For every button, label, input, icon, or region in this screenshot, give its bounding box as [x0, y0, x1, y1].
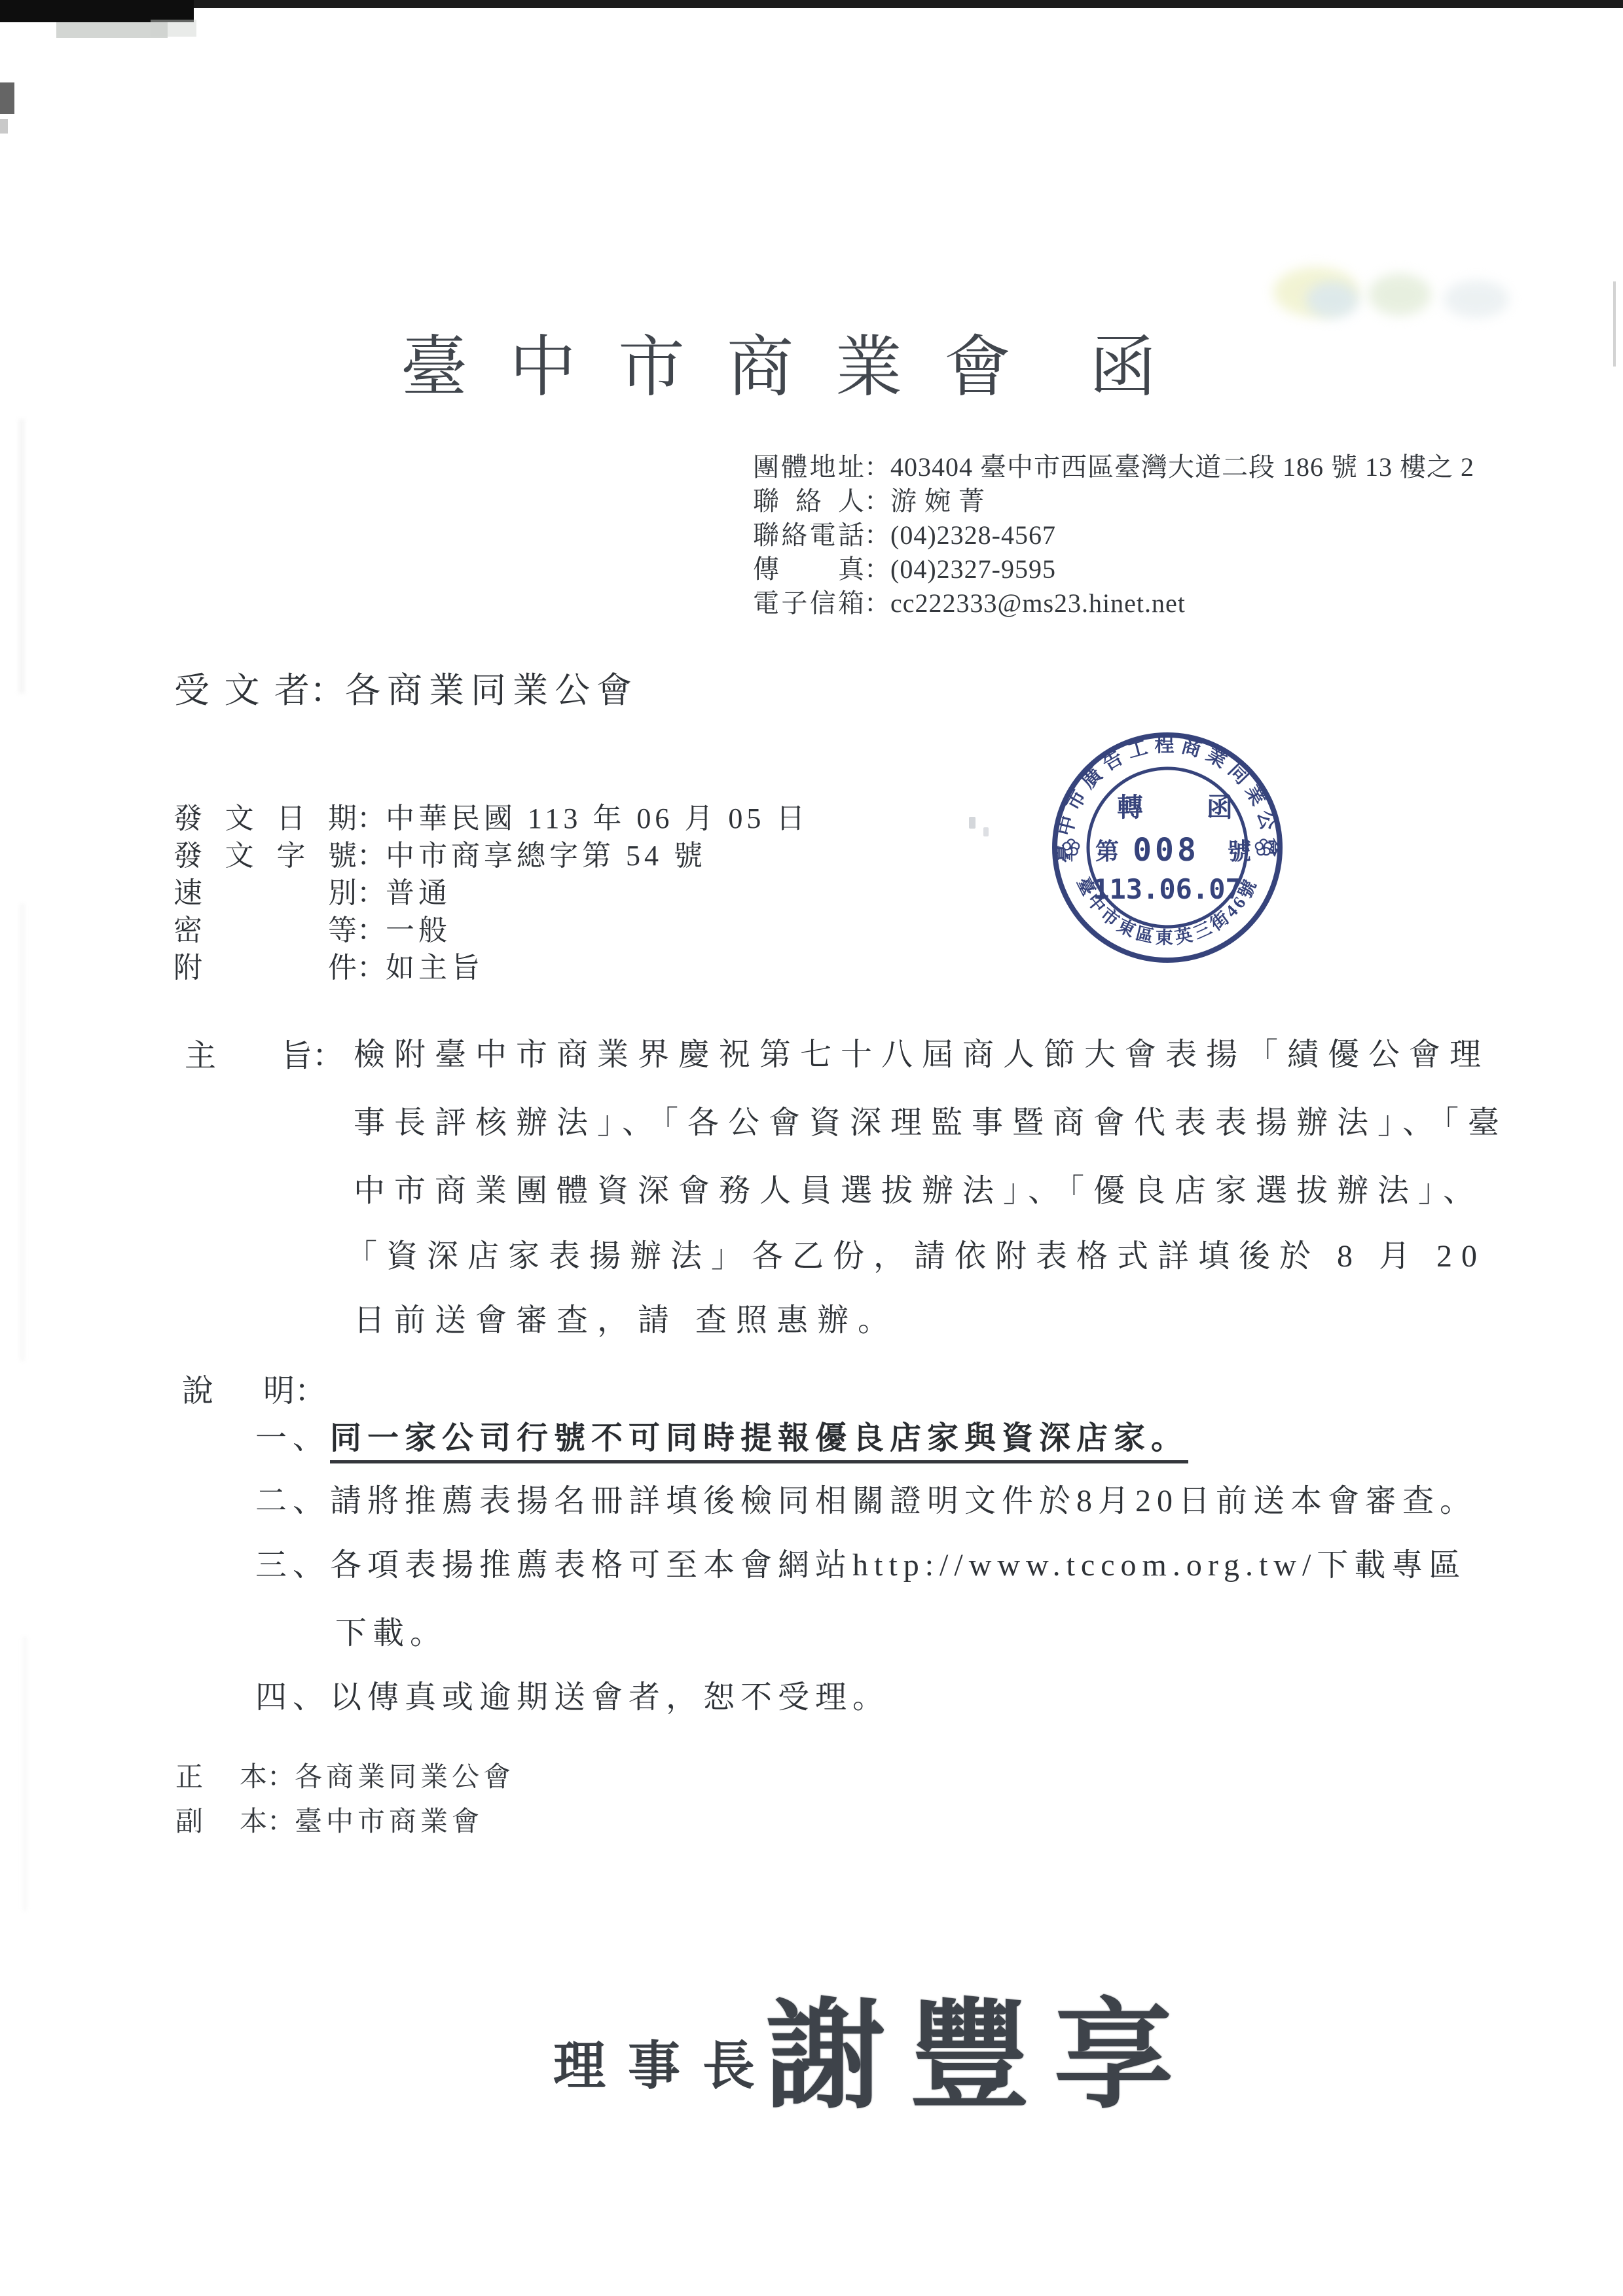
meta-row-secrecy: 密等：一般: [173, 912, 809, 949]
contact-value: cc222333@ms23.hinet.net: [890, 588, 1186, 618]
recipient-line: 受文者：各商業同業公會: [174, 662, 638, 713]
copies-block: 正本：各商業同業公會 副本：臺中市商業會: [175, 1755, 515, 1844]
scan-artifact-right-edge: [1613, 281, 1616, 367]
copy-row-duplicate: 副本：臺中市商業會: [175, 1800, 515, 1844]
scan-smudge-blue: [1306, 281, 1359, 318]
stamp-number: 008: [1133, 832, 1199, 869]
meta-label: 密等: [173, 912, 357, 949]
item-marker: 一、: [255, 1421, 330, 1456]
colon: ：: [864, 588, 890, 618]
colon: ：: [864, 520, 890, 550]
colon: ：: [864, 486, 890, 516]
item-text: 請將推薦表揚名冊詳填後檢同相關證明文件於8月20日前送本會審查。: [330, 1484, 1477, 1518]
copy-row-original: 正本：各商業同業公會: [175, 1755, 515, 1800]
colon: ：: [357, 877, 386, 909]
colon: ：: [357, 802, 386, 834]
item-marker: 四、: [255, 1680, 330, 1715]
colon: ：: [357, 840, 386, 872]
scan-artifact-left-mark: [0, 119, 8, 134]
item-marker: 三、: [255, 1548, 330, 1583]
meta-row-attachment: 附件：如主旨: [173, 949, 809, 986]
colon: ：: [267, 1807, 295, 1837]
meta-value: 如主旨: [386, 952, 484, 984]
subject-line-1: 檢附臺中市商業界慶祝第七十八屆商人節大會表揚「績優公會理: [354, 1029, 1490, 1074]
contact-block: 團體地址：403404 臺中市西區臺灣大道二段 186 號 13 樓之 2 聯絡…: [753, 450, 1474, 620]
scan-speck: [983, 827, 989, 836]
meta-value: 中華民國 113 年 06 月 05 日: [386, 802, 809, 834]
recipient-label: 受文者: [174, 662, 310, 713]
recipient-value: 各商業同業公會: [345, 671, 638, 710]
document-meta-block: 發文日期：中華民國 113 年 06 月 05 日 發文字號：中市商享總字第 5…: [173, 800, 809, 986]
contact-value: 游 婉 菁: [890, 486, 985, 516]
transfer-stamp: 臺中市廣告工程商業同業公會 臺中市東區東英三街46號 轉 函 第 008 號 1…: [1049, 730, 1285, 965]
explanation-label: 說明：: [182, 1365, 326, 1410]
meta-value: 中市商享總字第 54 號: [386, 840, 706, 872]
meta-row-number: 發文字號：中市商享總字第 54 號: [173, 837, 809, 874]
meta-label: 附件: [173, 949, 357, 986]
explanation-item-1: 一、同一家公司行號不可同時提報優良店家與資深店家。: [255, 1412, 1188, 1458]
explanation-item-4: 四、以傳真或逾期送會者，恕不受理。: [255, 1672, 890, 1717]
signature-title: 理事長: [553, 2024, 777, 2099]
contact-row-address: 團體地址：403404 臺中市西區臺灣大道二段 186 號 13 樓之 2: [753, 450, 1474, 484]
colon: ：: [295, 1374, 326, 1408]
stamp-number-prefix: 第: [1095, 838, 1119, 865]
scan-speck: [969, 817, 976, 829]
colon: ：: [357, 914, 386, 946]
meta-row-date: 發文日期：中華民國 113 年 06 月 05 日: [173, 800, 809, 837]
contact-row-phone: 聯絡電話：(04)2328-4567: [753, 518, 1474, 552]
item-text: 各項表揚推薦表格可至本會網站http://www.tccom.org.tw/下載…: [330, 1548, 1466, 1583]
scan-streak: [20, 903, 25, 1361]
explanation-item-2: 二、請將推薦表揚名冊詳填後檢同相關證明文件於8月20日前送本會審查。: [255, 1475, 1477, 1520]
stamp-date: 113.06.07: [1093, 873, 1242, 905]
colon: ：: [267, 1763, 295, 1793]
signature-name: 謝豐享: [766, 1961, 1198, 2132]
title-org-name: 臺中市商業會: [401, 331, 1053, 405]
subject-line-5: 日前送會審查，請 查照惠辦。: [354, 1295, 898, 1340]
item-text: 以傳真或逾期送會者，恕不受理。: [330, 1680, 890, 1715]
colon: ：: [312, 1039, 344, 1073]
stamp-char-transfer: 轉: [1117, 793, 1143, 822]
item-text-emphasized: 同一家公司行號不可同時提報優良店家與資深店家。: [330, 1421, 1188, 1463]
colon: ：: [310, 671, 345, 710]
colon: ：: [357, 952, 386, 984]
scan-smudge-green: [1368, 274, 1431, 315]
subject-line-4: 「資深店家表揚辦法」各乙份，請依附表格式詳填後於 8 月 20: [346, 1230, 1486, 1276]
subject-line-3: 中市商業團體資深會務人員選拔辦法」、「優良店家選拔辦法」、: [354, 1165, 1484, 1210]
contact-label: 傳真: [753, 552, 864, 586]
explanation-label-text: 說明: [182, 1365, 295, 1410]
stamp-char-letter: 函: [1207, 793, 1233, 822]
subject-line-2: 事長評核辦法」、「各公會資深理監事暨商會代表表揚辦法」、「臺: [354, 1097, 1508, 1142]
meta-label: 速別: [173, 874, 357, 912]
explanation-item-3: 三、各項表揚推薦表格可至本會網站http://www.tccom.org.tw/…: [255, 1539, 1466, 1585]
explanation-item-3-continuation: 下載。: [335, 1607, 447, 1653]
meta-row-speed: 速別：普通: [173, 874, 809, 912]
meta-label: 發文日期: [173, 800, 357, 837]
copy-value: 各商業同業公會: [295, 1763, 515, 1793]
item-marker: 二、: [255, 1484, 330, 1518]
contact-value: (04)2327-9595: [890, 554, 1056, 584]
meta-value: 一般: [386, 914, 451, 946]
scan-artifact-smudge: [151, 20, 196, 37]
copy-value: 臺中市商業會: [295, 1807, 483, 1837]
title-doc-type: 函: [1089, 331, 1156, 405]
subject-label-text: 主旨: [185, 1030, 312, 1075]
scan-artifact-left-mark: [0, 82, 14, 114]
scan-streak: [18, 419, 25, 694]
contact-label: 電子信箱: [753, 586, 864, 620]
scan-artifact-corner: [0, 0, 194, 22]
contact-value: (04)2328-4567: [890, 520, 1056, 550]
colon: ：: [864, 452, 890, 482]
colon: ：: [864, 554, 890, 584]
contact-label: 聯絡人: [753, 484, 864, 518]
contact-row-fax: 傳真：(04)2327-9595: [753, 552, 1474, 586]
contact-row-person: 聯絡人：游 婉 菁: [753, 484, 1474, 518]
copy-label: 正本: [175, 1755, 267, 1800]
page-title: 臺中市商業會函: [401, 314, 1156, 410]
scan-streak: [22, 1636, 27, 1911]
scan-artifact-top-bar: [0, 0, 1623, 8]
contact-value: 403404 臺中市西區臺灣大道二段 186 號 13 樓之 2: [890, 452, 1474, 482]
stamp-number-suffix: 號: [1228, 838, 1251, 865]
contact-label: 團體地址: [753, 450, 864, 484]
subject-label: 主旨：: [185, 1030, 344, 1075]
contact-label: 聯絡電話: [753, 518, 864, 552]
meta-value: 普通: [386, 877, 451, 909]
copy-label: 副本: [175, 1800, 267, 1844]
scan-smudge-gray: [1444, 280, 1509, 318]
meta-label: 發文字號: [173, 837, 357, 874]
contact-row-email: 電子信箱：cc222333@ms23.hinet.net: [753, 586, 1474, 620]
